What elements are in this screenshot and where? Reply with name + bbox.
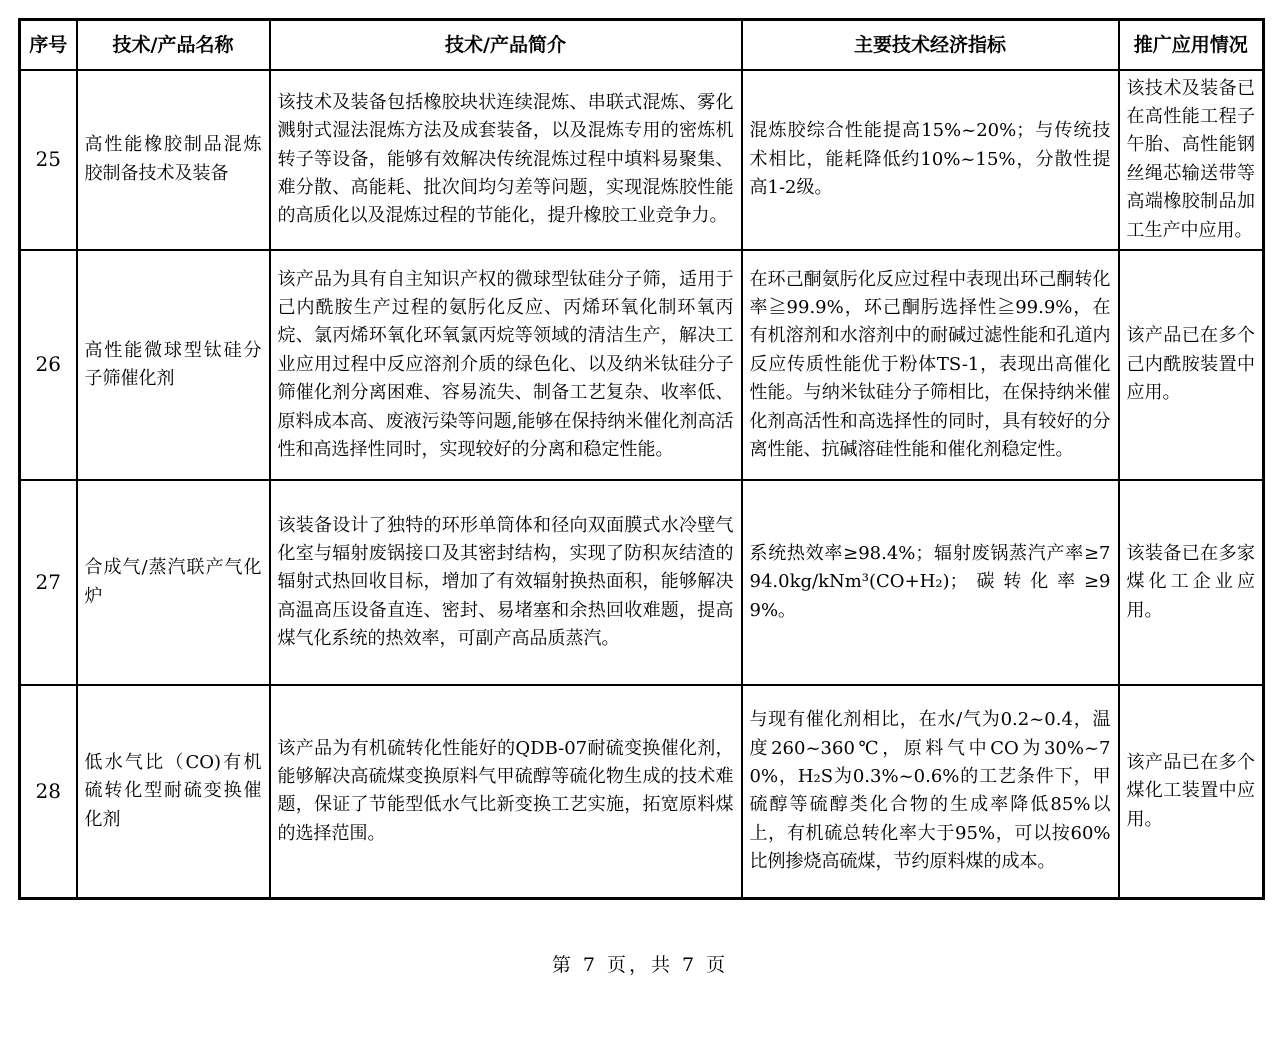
row-28-indicators: 与现有催化剂相比，在水/气为0.2~0.4，温度260~360℃，原料气中CO为… xyxy=(742,685,1119,898)
table-row: 28 低水气比（CO)有机硫转化型耐硫变换催化剂 该产品为有机硫转化性能好的QD… xyxy=(20,685,1264,898)
row-25-serial: 25 xyxy=(20,70,77,251)
page-number-footer: 第 7 页，共 7 页 xyxy=(0,950,1280,977)
row-28-intro: 该产品为有机硫转化性能好的QDB-07耐硫变换催化剂，能够解决高硫煤变换原料气甲… xyxy=(270,685,742,898)
row-26-indicators: 在环己酮氨肟化反应过程中表现出环己酮转化率≧99.9%，环己酮肟选择性≧99.9… xyxy=(742,250,1119,480)
row-28-serial: 28 xyxy=(20,685,77,898)
table-row: 27 合成气/蒸汽联产气化炉 该装备设计了独特的环形单筒体和径向双面膜式水冷壁气… xyxy=(20,480,1264,685)
row-27-application: 该装备已在多家煤化工企业应用。 xyxy=(1119,480,1264,685)
row-25-intro: 该技术及装备包括橡胶块状连续混炼、串联式混炼、雾化溅射式湿法混炼方法及成套装备，… xyxy=(270,70,742,251)
row-28-application: 该产品已在多个煤化工装置中应用。 xyxy=(1119,685,1264,898)
row-27-indicators: 系统热效率≥98.4%；辐射废锅蒸汽产率≥794.0kg/kNm³(CO+H₂)… xyxy=(742,480,1119,685)
row-26-intro: 该产品为具有自主知识产权的微球型钛硅分子筛，适用于己内酰胺生产过程的氨肟化反应、… xyxy=(270,250,742,480)
header-economic-indicators: 主要技术经济指标 xyxy=(742,20,1119,70)
header-product-name: 技术/产品名称 xyxy=(77,20,270,70)
row-27-serial: 27 xyxy=(20,480,77,685)
row-25-application: 该技术及装备已在高性能工程子午胎、高性能钢丝绳芯输送带等高端橡胶制品加工生产中应… xyxy=(1119,70,1264,251)
table-header-row: 序号 技术/产品名称 技术/产品简介 主要技术经济指标 推广应用情况 xyxy=(20,20,1264,70)
header-serial-number: 序号 xyxy=(20,20,77,70)
row-25-indicators: 混炼胶综合性能提高15%~20%；与传统技术相比，能耗降低约10%~15%，分散… xyxy=(742,70,1119,251)
header-application-status: 推广应用情况 xyxy=(1119,20,1264,70)
header-product-intro: 技术/产品简介 xyxy=(270,20,742,70)
row-27-name: 合成气/蒸汽联产气化炉 xyxy=(77,480,270,685)
table-row: 26 高性能微球型钛硅分子筛催化剂 该产品为具有自主知识产权的微球型钛硅分子筛，… xyxy=(20,250,1264,480)
row-28-name: 低水气比（CO)有机硫转化型耐硫变换催化剂 xyxy=(77,685,270,898)
row-27-intro: 该装备设计了独特的环形单筒体和径向双面膜式水冷壁气化室与辐射废锅接口及其密封结构… xyxy=(270,480,742,685)
row-25-name: 高性能橡胶制品混炼胶制备技术及装备 xyxy=(77,70,270,251)
table-row: 25 高性能橡胶制品混炼胶制备技术及装备 该技术及装备包括橡胶块状连续混炼、串联… xyxy=(20,70,1264,251)
tech-product-table: 序号 技术/产品名称 技术/产品简介 主要技术经济指标 推广应用情况 25 高性… xyxy=(18,18,1265,900)
document-page: 序号 技术/产品名称 技术/产品简介 主要技术经济指标 推广应用情况 25 高性… xyxy=(0,0,1280,1048)
row-26-serial: 26 xyxy=(20,250,77,480)
row-26-application: 该产品已在多个己内酰胺装置中应用。 xyxy=(1119,250,1264,480)
row-26-name: 高性能微球型钛硅分子筛催化剂 xyxy=(77,250,270,480)
